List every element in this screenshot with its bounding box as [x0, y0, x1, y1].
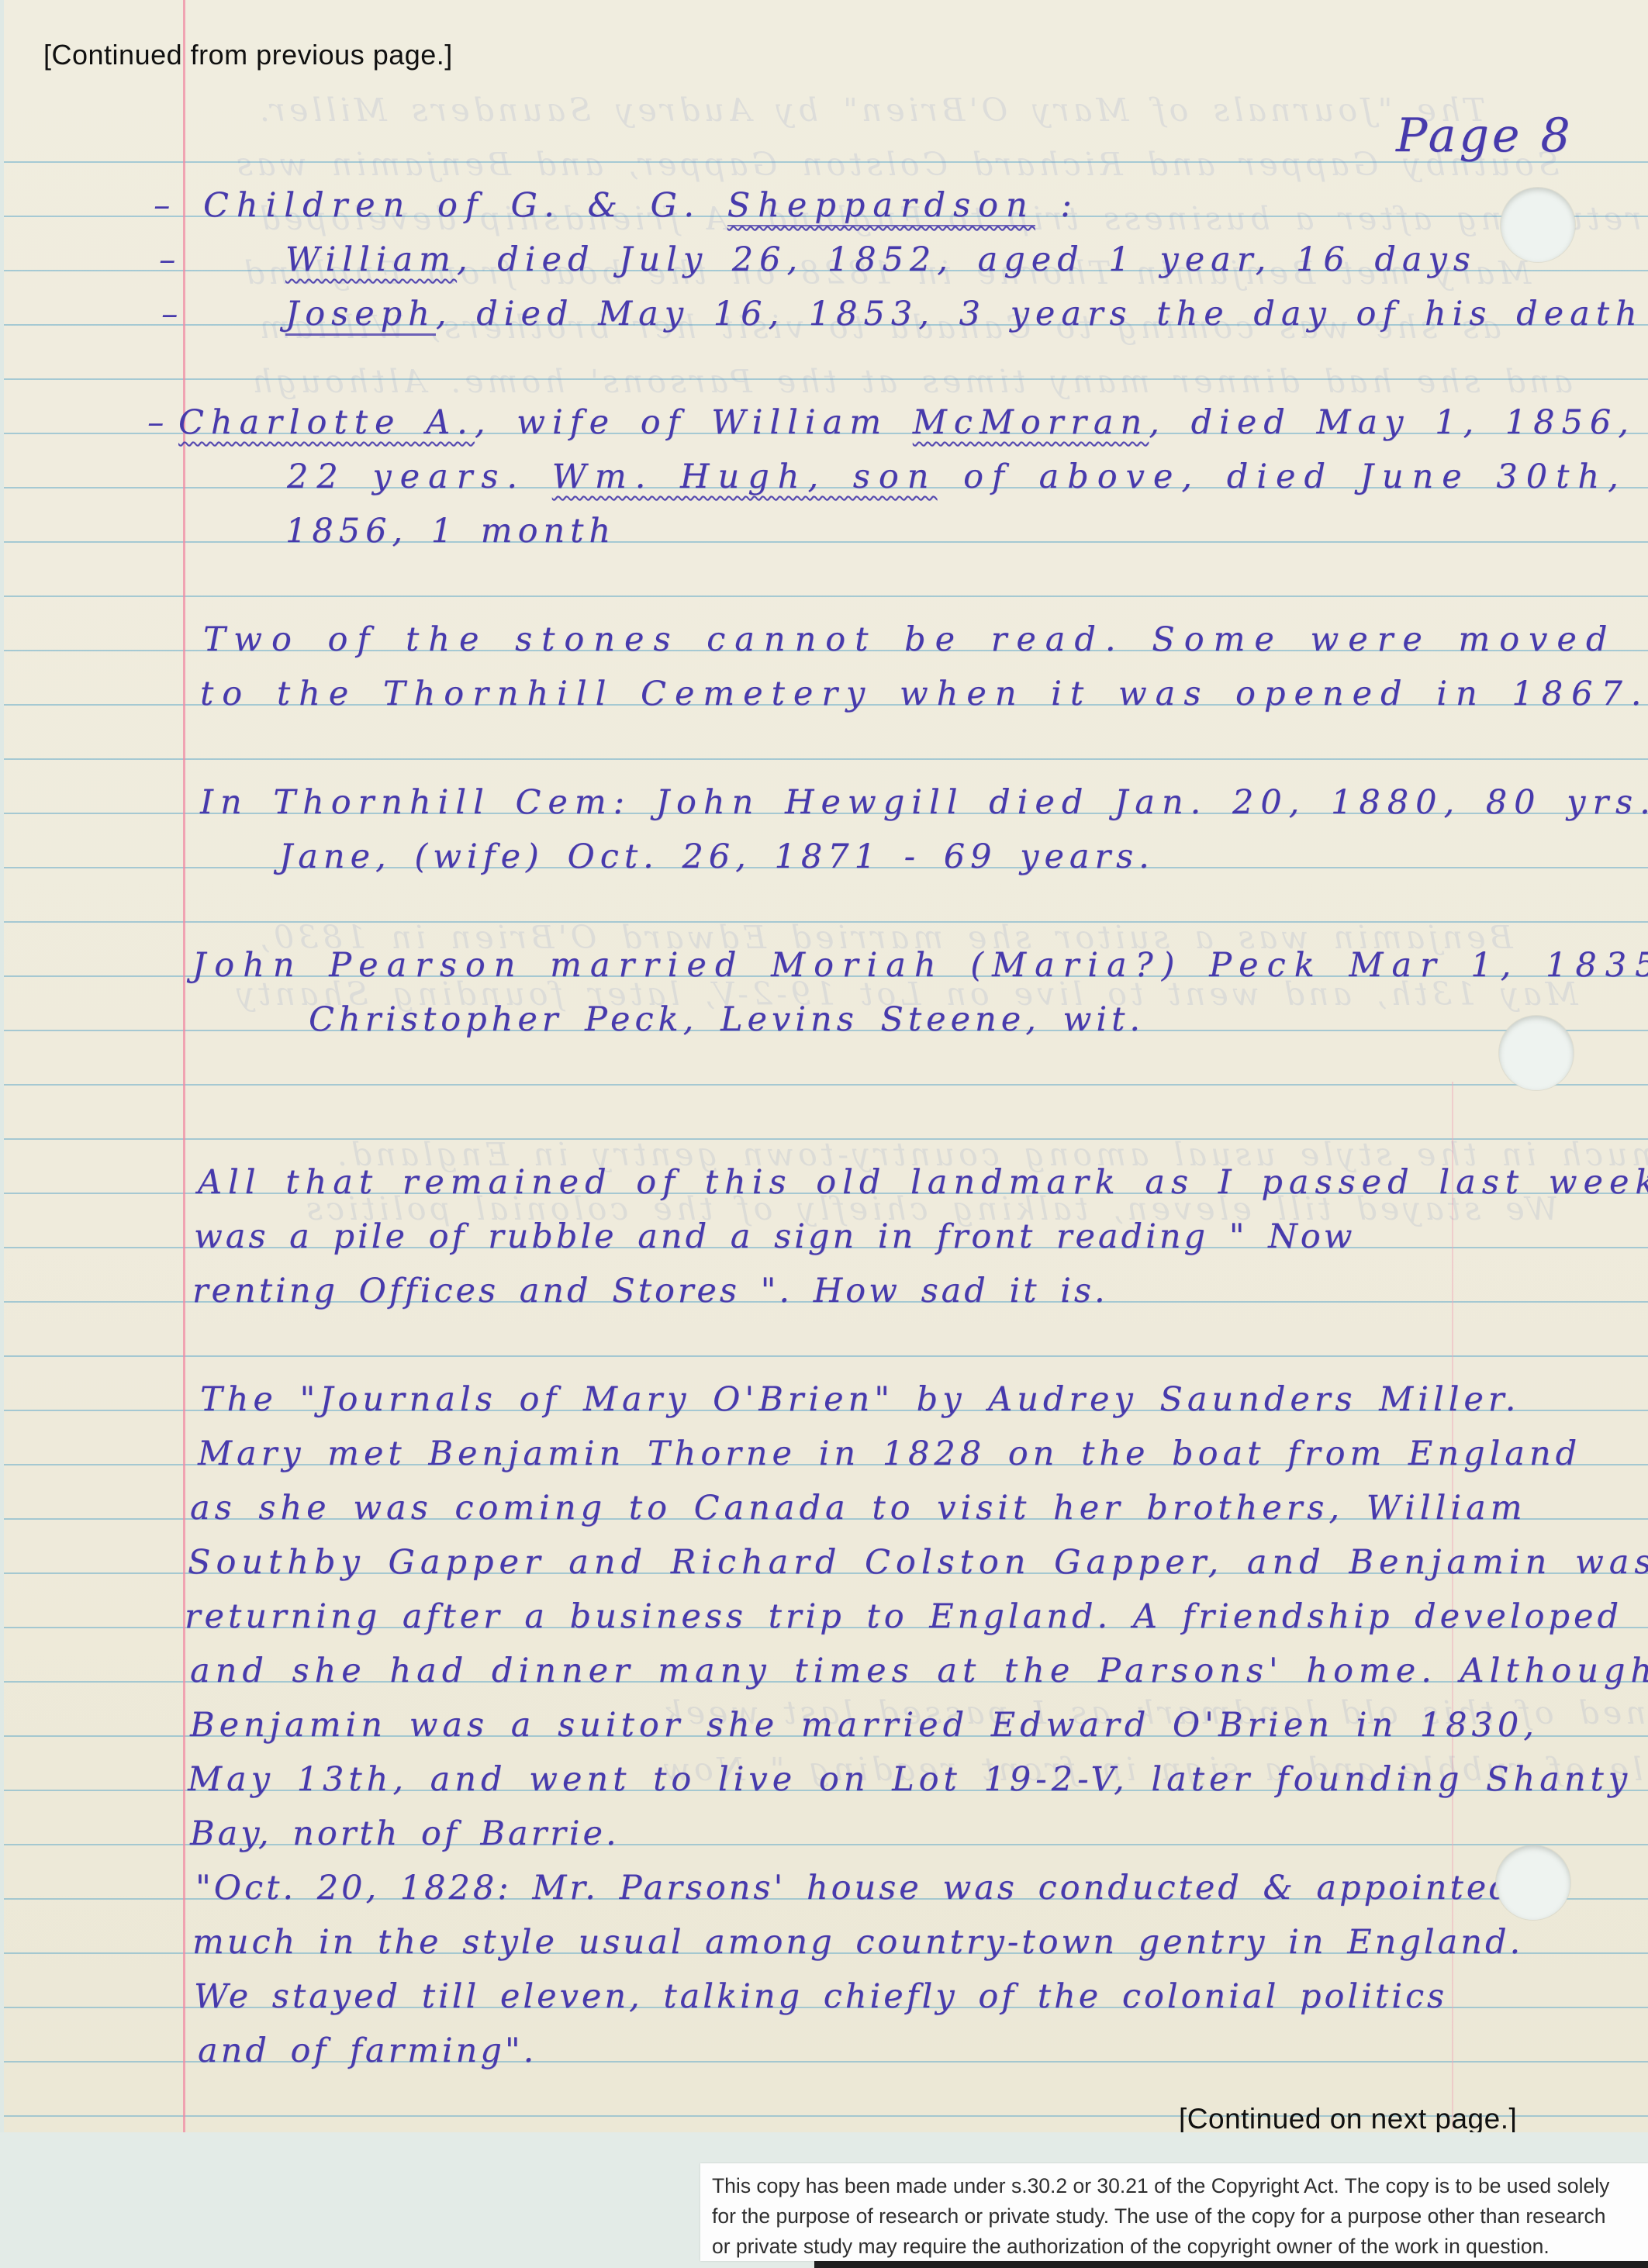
page-number: Page 8 [1396, 109, 1574, 163]
handwriting-line: 1856, 1 month [285, 508, 616, 554]
handwriting-text: renting Offices and Stores ". How sad it… [192, 1272, 1108, 1310]
handwriting-line: Christopher Peck, Levins Steene, wit. [309, 996, 1145, 1043]
margin-dash: – [154, 182, 171, 229]
handwriting-line: In Thornhill Cem: John Hewgill died Jan.… [200, 779, 1648, 826]
handwriting-text: In Thornhill Cem: John Hewgill died Jan.… [200, 783, 1648, 822]
handwriting-text: Jane, (wife) Oct. 26, 1871 - 69 years. [279, 837, 1155, 876]
punch-hole-top [1501, 188, 1575, 262]
handwriting-line: returning after a business trip to Engla… [185, 1593, 1622, 1640]
copyright-stamp-line1: This copy has been made under s.30.2 or … [700, 2163, 1648, 2201]
bleedthrough-text: and she had dinner many times at the Par… [248, 363, 1573, 400]
margin-line [183, 0, 185, 2132]
handwriting-text: much in the style usual among country-to… [192, 1923, 1523, 1962]
handwriting-line: The "Journals of Mary O'Brien" by Audrey… [200, 1376, 1520, 1423]
continued-next-label: [Continued on next page.] [1179, 2103, 1517, 2135]
handwriting-line: renting Offices and Stores ". How sad it… [192, 1268, 1108, 1314]
handwriting-text: as she was coming to Canada to visit her… [190, 1489, 1527, 1528]
handwriting-text: The "Journals of Mary O'Brien" by Audrey… [200, 1380, 1520, 1419]
handwriting-text: of above, died June 30th, [937, 457, 1626, 496]
handwriting-line: Southby Gapper and Richard Colston Gappe… [188, 1539, 1648, 1586]
scanned-page: The "Journals of Mary O'Brien" by Audrey… [0, 0, 1648, 2268]
handwriting-underlined-text: McMorran [913, 403, 1149, 442]
handwriting-text: All that remained of this old landmark a… [198, 1163, 1648, 1202]
handwriting-line: and of farming". [198, 2028, 537, 2074]
handwriting-text: and of farming". [198, 2032, 537, 2070]
handwriting-line: much in the style usual among country-to… [192, 1919, 1523, 1966]
margin-dash: – [147, 399, 164, 446]
handwriting-text: was a pile of rubble and a sign in front… [194, 1217, 1356, 1256]
handwriting-line: Two of the stones cannot be read. Some w… [203, 616, 1616, 663]
handwriting-underlined-text: Wm. Hugh, son [552, 457, 938, 496]
handwriting-line: John Pearson married Moriah (Maria?) Pec… [192, 942, 1648, 989]
handwriting-line: All that remained of this old landmark a… [198, 1159, 1648, 1206]
handwriting-text: returning after a business trip to Engla… [185, 1597, 1622, 1636]
handwriting-line: as she was coming to Canada to visit her… [190, 1485, 1527, 1531]
handwriting-text: Children of G. & G. [203, 186, 727, 225]
handwriting-line: Mary met Benjamin Thorne in 1828 on the … [198, 1431, 1581, 1477]
handwriting-line: to the Thornhill Cemetery when it was op… [200, 671, 1648, 717]
handwriting-line: and she had dinner many times at the Par… [190, 1648, 1648, 1694]
handwriting-text: John Pearson married Moriah (Maria?) Pec… [192, 946, 1648, 985]
handwriting-line: Children of G. & G. Sheppardson : [203, 182, 1080, 229]
handwriting-text: Bay, north of Barrie. [190, 1814, 620, 1853]
continued-from-label: [Continued from previous page.] [43, 39, 453, 71]
handwriting-text: Mary met Benjamin Thorne in 1828 on the … [198, 1434, 1581, 1473]
handwriting-text: and she had dinner many times at the Par… [190, 1652, 1648, 1690]
punch-hole-middle [1499, 1016, 1574, 1090]
handwriting-underlined-text: William [285, 240, 457, 279]
bleedthrough-text: The "Journals of Mary O'Brien" by Audrey… [256, 91, 1485, 129]
handwriting-line: was a pile of rubble and a sign in front… [194, 1213, 1356, 1260]
handwriting-text: 1856, 1 month [285, 512, 616, 551]
handwriting-line: May 13th, and went to live on Lot 19-2-V… [188, 1756, 1632, 1803]
handwriting-line: Joseph, died May 16, 1853, 3 years the d… [285, 291, 1643, 337]
handwriting-text: Benjamin was a suitor she married Edward… [190, 1706, 1539, 1745]
handwriting-underlined-text: Charlotte A. [178, 403, 475, 442]
handwriting-text: We stayed till eleven, talking chiefly o… [194, 1977, 1447, 2016]
handwriting-text: , wife of William [475, 403, 913, 442]
handwriting-line: Bay, north of Barrie. [190, 1811, 620, 1857]
margin-dash: – [161, 291, 178, 337]
handwriting-text: Two of the stones cannot be read. Some w… [203, 620, 1616, 659]
copyright-stamp-line2: for the purpose of research or private s… [700, 2201, 1648, 2232]
handwriting-line: William, died July 26, 1852, aged 1 year… [285, 236, 1477, 283]
handwriting-text: , died July 26, 1852, aged 1 year, 16 da… [457, 240, 1477, 279]
handwriting-text: , died May 16, 1853, 3 years the day of … [436, 295, 1643, 333]
margin-dash: – [159, 236, 176, 283]
bleedthrough-text: Southby Gapper and Richard Colston Gappe… [233, 146, 1560, 183]
handwriting-text: Southby Gapper and Richard Colston Gappe… [188, 1543, 1648, 1582]
handwriting-text: 22 years. [287, 457, 552, 496]
copyright-stamp: This copy has been made under s.30.2 or … [700, 2163, 1648, 2261]
punch-hole-bottom [1496, 1845, 1570, 1920]
handwriting-line: We stayed till eleven, talking chiefly o… [194, 1973, 1447, 2020]
scan-left-edge [0, 0, 4, 2132]
handwriting-underlined-text: Joseph [285, 295, 436, 336]
handwriting-text: to the Thornhill Cemetery when it was op… [200, 675, 1648, 713]
handwriting-line: Jane, (wife) Oct. 26, 1871 - 69 years. [279, 834, 1155, 880]
handwriting-text: Christopher Peck, Levins Steene, wit. [309, 1000, 1145, 1039]
handwriting-line: Charlotte A., wife of William McMorran, … [178, 399, 1636, 446]
copyright-stamp-line3: or private study may require the authori… [700, 2232, 1648, 2262]
handwriting-text: : [1035, 186, 1080, 225]
handwriting-text: , died May 1, 1856, [1149, 403, 1636, 442]
handwriting-text: "Oct. 20, 1828: Mr. Parsons' house was c… [195, 1869, 1514, 1907]
handwriting-text: May 13th, and went to live on Lot 19-2-V… [188, 1760, 1632, 1799]
scan-bottom-dark-strip [814, 2261, 1648, 2268]
handwriting-line: "Oct. 20, 1828: Mr. Parsons' house was c… [195, 1865, 1514, 1911]
handwriting-underlined-text: Sheppardson [727, 186, 1035, 226]
handwriting-line: 22 years. Wm. Hugh, son of above, died J… [287, 454, 1627, 500]
handwriting-line: Benjamin was a suitor she married Edward… [190, 1702, 1539, 1748]
